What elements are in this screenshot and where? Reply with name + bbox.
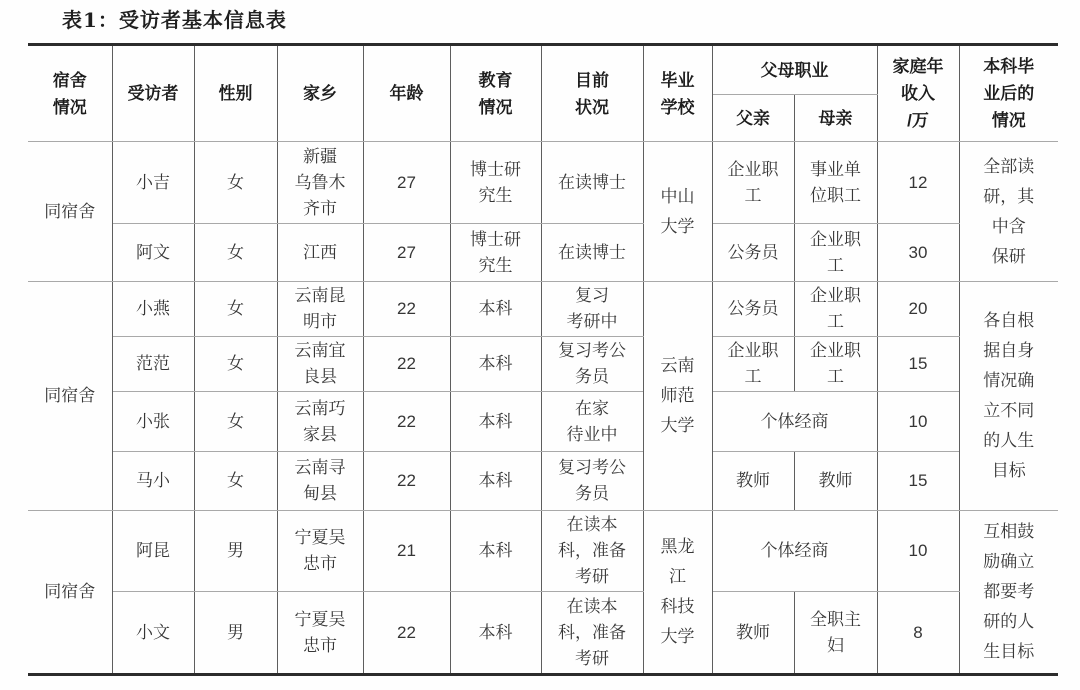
cell-hometown: 江西 (277, 224, 363, 282)
cell-current-status: 复习考公 务员 (541, 337, 643, 392)
cell-father: 公务员 (712, 224, 794, 282)
cell-mother: 企业职 工 (794, 224, 877, 282)
cell-gender: 女 (194, 337, 277, 392)
cell-income: 10 (877, 392, 959, 452)
cell-education: 本科 (450, 392, 541, 452)
table-row: 小张 女 云南巧 家县 22 本科 在家 待业中 个体经商 10 (28, 392, 1058, 452)
cell-income: 15 (877, 452, 959, 511)
cell-after-graduation: 各自根 据自身 情况确 立不同 的人生 目标 (959, 282, 1058, 511)
cell-mother: 事业单 位职工 (794, 142, 877, 224)
cell-school: 中山 大学 (643, 142, 712, 282)
cell-school: 黑龙 江 科技 大学 (643, 511, 712, 675)
cell-parents-merged: 个体经商 (712, 392, 877, 452)
cell-age: 21 (363, 511, 450, 592)
cell-parents-merged: 个体经商 (712, 511, 877, 592)
cell-after-graduation: 互相鼓 励确立 都要考 研的人 生目标 (959, 511, 1058, 675)
cell-current-status: 在读博士 (541, 142, 643, 224)
cell-mother: 全职主 妇 (794, 592, 877, 675)
cell-respondent: 小燕 (112, 282, 194, 337)
cell-father: 企业职 工 (712, 142, 794, 224)
cell-mother: 教师 (794, 452, 877, 511)
cell-school: 云南 师范 大学 (643, 282, 712, 511)
cell-gender: 男 (194, 592, 277, 675)
header-parents-occupation: 父母职业 (712, 45, 877, 95)
cell-education: 博士研 究生 (450, 224, 541, 282)
cell-gender: 女 (194, 142, 277, 224)
document-page: 表1：受访者基本信息表 宿舍 情况 受访者 性别 家乡 年龄 教育 情况 目前 … (0, 0, 1080, 690)
cell-income: 15 (877, 337, 959, 392)
cell-respondent: 阿昆 (112, 511, 194, 592)
cell-respondent: 范范 (112, 337, 194, 392)
table-title: 表1：受访者基本信息表 (62, 4, 287, 33)
header-after-graduation: 本科毕 业后的 情况 (959, 45, 1058, 142)
cell-age: 22 (363, 452, 450, 511)
cell-income: 30 (877, 224, 959, 282)
cell-dorm: 同宿舍 (28, 511, 112, 675)
table-body: 同宿舍 小吉 女 新疆 乌鲁木 齐市 27 博士研 究生 在读博士 中山 大学 … (28, 142, 1058, 675)
cell-gender: 女 (194, 392, 277, 452)
cell-education: 博士研 究生 (450, 142, 541, 224)
header-education: 教育 情况 (450, 45, 541, 142)
table-header: 宿舍 情况 受访者 性别 家乡 年龄 教育 情况 目前 状况 毕业 学校 父母职… (28, 45, 1058, 142)
table-row: 范范 女 云南宜 良县 22 本科 复习考公 务员 企业职 工 企业职 工 15 (28, 337, 1058, 392)
cell-education: 本科 (450, 511, 541, 592)
header-mother: 母亲 (794, 95, 877, 142)
cell-gender: 女 (194, 452, 277, 511)
cell-current-status: 复习 考研中 (541, 282, 643, 337)
cell-age: 22 (363, 592, 450, 675)
cell-education: 本科 (450, 592, 541, 675)
cell-dorm: 同宿舍 (28, 142, 112, 282)
cell-gender: 女 (194, 224, 277, 282)
cell-dorm: 同宿舍 (28, 282, 112, 511)
cell-hometown: 云南寻 甸县 (277, 452, 363, 511)
cell-hometown: 云南昆 明市 (277, 282, 363, 337)
cell-education: 本科 (450, 337, 541, 392)
header-hometown: 家乡 (277, 45, 363, 142)
cell-current-status: 在读本 科，准备 考研 (541, 511, 643, 592)
cell-current-status: 复习考公 务员 (541, 452, 643, 511)
cell-gender: 女 (194, 282, 277, 337)
cell-father: 企业职 工 (712, 337, 794, 392)
table-row: 小文 男 宁夏吴 忠市 22 本科 在读本 科，准备 考研 教师 全职主 妇 8 (28, 592, 1058, 675)
cell-hometown: 云南巧 家县 (277, 392, 363, 452)
cell-current-status: 在读博士 (541, 224, 643, 282)
cell-income: 10 (877, 511, 959, 592)
cell-hometown: 新疆 乌鲁木 齐市 (277, 142, 363, 224)
cell-hometown: 宁夏吴 忠市 (277, 592, 363, 675)
table-row: 同宿舍 阿昆 男 宁夏吴 忠市 21 本科 在读本 科，准备 考研 黑龙 江 科… (28, 511, 1058, 592)
cell-respondent: 小文 (112, 592, 194, 675)
cell-after-graduation: 全部读 研，其 中含 保研 (959, 142, 1058, 282)
cell-gender: 男 (194, 511, 277, 592)
cell-respondent: 阿文 (112, 224, 194, 282)
header-gender: 性别 (194, 45, 277, 142)
header-father: 父亲 (712, 95, 794, 142)
cell-age: 27 (363, 224, 450, 282)
cell-father: 教师 (712, 592, 794, 675)
cell-education: 本科 (450, 452, 541, 511)
cell-respondent: 小吉 (112, 142, 194, 224)
cell-age: 22 (363, 282, 450, 337)
cell-income: 20 (877, 282, 959, 337)
cell-current-status: 在读本 科，准备 考研 (541, 592, 643, 675)
cell-age: 22 (363, 392, 450, 452)
cell-education: 本科 (450, 282, 541, 337)
cell-age: 22 (363, 337, 450, 392)
cell-hometown: 云南宜 良县 (277, 337, 363, 392)
header-family-income: 家庭年 收入 /万 (877, 45, 959, 142)
respondent-info-table: 宿舍 情况 受访者 性别 家乡 年龄 教育 情况 目前 状况 毕业 学校 父母职… (28, 43, 1058, 676)
table-row: 同宿舍 小燕 女 云南昆 明市 22 本科 复习 考研中 云南 师范 大学 公务… (28, 282, 1058, 337)
table-row: 阿文 女 江西 27 博士研 究生 在读博士 公务员 企业职 工 30 (28, 224, 1058, 282)
table-row: 马小 女 云南寻 甸县 22 本科 复习考公 务员 教师 教师 15 (28, 452, 1058, 511)
cell-income: 12 (877, 142, 959, 224)
header-age: 年龄 (363, 45, 450, 142)
cell-mother: 企业职 工 (794, 337, 877, 392)
cell-respondent: 马小 (112, 452, 194, 511)
cell-respondent: 小张 (112, 392, 194, 452)
table-row: 同宿舍 小吉 女 新疆 乌鲁木 齐市 27 博士研 究生 在读博士 中山 大学 … (28, 142, 1058, 224)
cell-father: 教师 (712, 452, 794, 511)
header-dorm: 宿舍 情况 (28, 45, 112, 142)
header-school: 毕业 学校 (643, 45, 712, 142)
cell-mother: 企业职 工 (794, 282, 877, 337)
cell-income: 8 (877, 592, 959, 675)
cell-father: 公务员 (712, 282, 794, 337)
cell-current-status: 在家 待业中 (541, 392, 643, 452)
header-respondent: 受访者 (112, 45, 194, 142)
cell-age: 27 (363, 142, 450, 224)
cell-hometown: 宁夏吴 忠市 (277, 511, 363, 592)
header-row-1: 宿舍 情况 受访者 性别 家乡 年龄 教育 情况 目前 状况 毕业 学校 父母职… (28, 45, 1058, 95)
header-current-status: 目前 状况 (541, 45, 643, 142)
